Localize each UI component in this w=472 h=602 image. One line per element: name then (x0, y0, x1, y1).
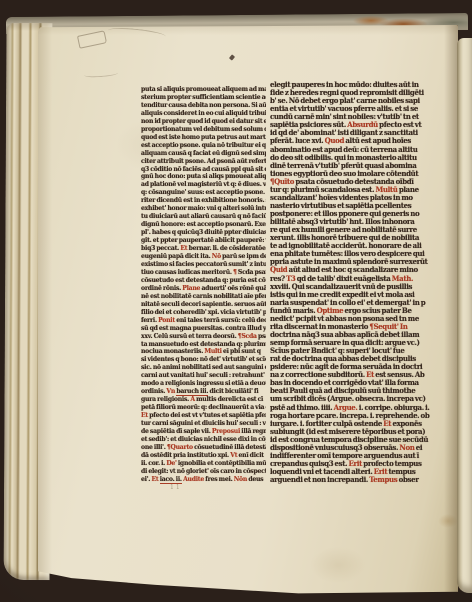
text-line: nē est nobilitatē carnis nobilitati aīe … (141, 293, 266, 301)
text-line: crepandus quisq3 est. Erit profecto temp… (270, 460, 457, 468)
text-line: tur carni sāguini et diuiciis hui' secul… (141, 420, 266, 428)
text-line: ferri. Ponit enī tales terrā sursū: celū… (141, 317, 266, 325)
text-line: biq3 peccat. Et bernar. li. de cōsiderat… (141, 245, 266, 253)
text-line: carni aut vanitati hui' seculi : retrahu… (141, 372, 266, 380)
text-line: existimo si facies peccatorū sumit' z in… (141, 261, 266, 269)
text-line: ordinē rōnis. Plane aduerti' oēs rōnē qu… (141, 285, 266, 293)
text-line: dignū honore: est acceptio psonarū. Exem (141, 221, 266, 229)
text-column-left: puta si aliquis promoueat aliquem ad mag… (141, 86, 266, 486)
text-line: pstē ad thimo. iiii. Argue. i. corripe. … (270, 404, 457, 412)
manuscript-page: puta si aliquis promoueat aliquem ad mag… (38, 25, 458, 594)
text-line: pl'. habes q quicūq3 diuitē ppter diuici… (141, 229, 266, 237)
next-page-fore-edge (457, 38, 472, 593)
pencil-scribble (84, 70, 118, 78)
text-line: Scīus pater Bndict' q: superi' locut' fu… (270, 347, 457, 355)
text-line: fundū maris. Optime ergo scīus pater Be (270, 307, 457, 315)
gutter-shadow (444, 25, 458, 594)
text-line: nasterio virtutibus et sapiētia pcellent… (270, 202, 457, 210)
text-line: dā ostēdit pria institutio xpi. Vt enī d… (141, 452, 266, 460)
text-line: aliquis consideret in eo cui aliquid tri… (141, 110, 266, 118)
text-line: ena phitate tumētes: illos vero despicer… (270, 250, 457, 258)
text-line: proportionatum vel debitum sed solum qd (141, 126, 266, 134)
text-line: beati Pauli quā ad discipulū suū thimoth… (270, 387, 457, 395)
text-line: puta si aliquis promoueat aliquem ad mag… (141, 86, 266, 94)
text-line: eugeniū papā dicit ita. Nō parū se ipm d… (141, 253, 266, 261)
photo-background: puta si aliquis promoueat aliquem ad mag… (0, 0, 472, 602)
text-line: xxv. Celū sursū et terra deorsū. ¶Scda p… (141, 333, 266, 341)
text-line: abominatio est apud deū: cū terrena alti… (270, 146, 457, 154)
text-line: tiuo causas iudicas meritorū. ¶ Scda psa… (141, 269, 266, 277)
text-line: entia et virtutib' vacuos pferre aliis. … (270, 105, 457, 113)
text-line: est acceptio psone. quia nō tribuitur ei… (141, 142, 266, 150)
text-line: doctrina nāq3 sua abbas aplīcā debet ill… (270, 331, 457, 339)
text-line: bas in docendo et corrigēdo vtat' illa f… (270, 379, 457, 387)
text-line: roga hortare pcare. increpa. i. reprehen… (270, 412, 457, 420)
text-line: id est congrua tempora discipline sue se… (270, 436, 457, 444)
text-line: git. et ppter paupertatē abiicit pauperē… (141, 237, 266, 245)
text-line: ei'. Et iaco. ii. Audite fres mei. Nōn d… (141, 476, 266, 484)
text-line: nitatē seculi decori sapientie. seruos a… (141, 301, 266, 309)
text-line: q: cōsanguine' suus: est acceptio psone.… (141, 189, 266, 197)
text-line: psidere: nūc agit de forma seruāda in do… (270, 363, 457, 371)
text-line: b' se. Nō debet ergo plat' carne nobiles… (270, 97, 457, 105)
pencil-scribble (108, 26, 167, 41)
text-line: istis qui in me credit expedit ei vt mol… (270, 291, 457, 299)
text-line: de sapiētia dī saple vii. Preposui illā … (141, 428, 266, 436)
text-line: subiungit (id est miserere tēporibus et … (270, 428, 457, 436)
text-line: naria suspendat' in collo ei' et demerga… (270, 299, 457, 307)
text-line: Et pfecto dei est vt v'tutes et sapiētia… (141, 412, 266, 420)
text-line: tiones egyptiorū deo suo imolare cōtendū… (270, 170, 457, 178)
text-line: dispositionē vniuscuiusq3 obseruās. Non … (270, 444, 457, 452)
text-line: xerunt. illis honorē tribuere qui de nob… (270, 234, 457, 242)
text-line: di elegit: vt nō gloriet' oīs caro in cō… (141, 468, 266, 476)
text-line: ii. cor. i. De' ignobilia et contēptibil… (141, 460, 266, 468)
text-line: te ad ignobilitatē acciderūt. honorare d… (270, 242, 457, 250)
text-line: si videntes q bono: nō det' virtutib' et… (141, 356, 266, 364)
text-line: ppria astute in maximū splendorē surrexe… (270, 258, 457, 266)
text-line: arguendi et non increpandi. Tempus obser (270, 476, 457, 484)
text-line: tenditur causa debita non persona. Si aū… (141, 102, 266, 110)
text-line: modo a religionis ingressu si etiā a deu… (141, 380, 266, 388)
text-line: non id propter quod id quod ei datur sit… (141, 118, 266, 126)
text-line: indifferenter omī tempore arguendus aut … (270, 452, 457, 460)
text-line: dinē terrenā v'tutib' pferūt quasi abomi… (270, 162, 457, 170)
text-line: ordinis. Vn baruch iii. dicit bicuilāti'… (141, 388, 266, 396)
text-line: one illi'. ¶Quarto cōsuetudinē illā dete… (141, 444, 266, 452)
text-line: et sedib': et diuicias nichil esse dixi … (141, 436, 266, 444)
pencil-scribble (77, 30, 107, 49)
text-line: sic. nō animi nobilitati sed aut sanguin… (141, 364, 266, 372)
text-line: semp formā seruare in qua dicit: argue v… (270, 339, 457, 347)
text-line: nedict' pcipit vt abbas non psona sed tn… (270, 315, 457, 323)
text-line: loquendi vni et tacendi alteri. Erit tem… (270, 468, 457, 476)
text-line: ad plationē vel magisteriū vt q: ē diues… (141, 181, 266, 189)
text-line: gura religionis. A multis derelicta est … (141, 396, 266, 404)
text-line: cundū carnē min' sint nobiles: v'tutib' … (270, 113, 457, 121)
text-line: id qd de' abominat' isti diligant z sanc… (270, 129, 457, 137)
text-line: do deo sit odibilis. qui in monasterio a… (270, 154, 457, 162)
text-line: citer attribuit psone. Ad psonā aūt refe… (141, 158, 266, 166)
text-line: postponere: et illos pponere qui generis… (270, 210, 457, 218)
text-line: xxviii. Qui scandalizauerit vnū de pusil… (270, 283, 457, 291)
text-line: Quid aūt aliud est hoc q scandalizare mi… (270, 266, 457, 274)
text-line: quod est iste homo puta petrus aut marti… (141, 134, 266, 142)
text-line: bilitatē absq3 virtutib' hnt. Illos inho… (270, 218, 457, 226)
text-line: cōsuetudo est detestanda q: puria est cō… (141, 277, 266, 285)
text-line: nociua monasteriis. Multi eī pbi sunt q (141, 348, 266, 356)
text-line: fide z heredes regni quod repromisit dil… (270, 89, 457, 97)
text-line: elegit pauperes in hoc mūdo: diuites aūt… (270, 81, 457, 89)
text-line: re qui ex humili genere ad nobilitatē su… (270, 226, 457, 234)
text-line: scandalizant' hoīes videntes platos in m… (270, 194, 457, 202)
text-line: tur q: plurimū scandalosa est. Multū pla… (270, 186, 457, 194)
text-line: pferāt. luce xvi. Quod altū est apud hoī… (270, 137, 457, 145)
text-column-right: elegit pauperes in hoc mūdo: diuites aūt… (270, 81, 457, 484)
text-line: sterium propter sufficientiam scientie a… (141, 94, 266, 102)
pencil-mark: 11 (170, 484, 182, 491)
text-line: iurgare. i. fortiter culpā ostende Et ex… (270, 420, 457, 428)
text-line: um scribit dicēs (Argue. obsecra. increp… (270, 395, 457, 403)
text-line: na z correctione subditorū. Et est sensu… (270, 371, 457, 379)
text-line: rat de doctrina qua abbas debet discipul… (270, 355, 457, 363)
text-line: petā filiorū meorū: q: declinauerūt a vi… (141, 404, 266, 412)
text-line: filio dei et coheredib' xpi. vicia virtu… (141, 309, 266, 317)
text-line: res? T3 qd de talib' dixit euāgelista Ma… (270, 275, 457, 283)
text-line: q3 cōditio nō faciēs ad causā ppl quā si… (141, 166, 266, 174)
text-line: exhibet' honor maio: vni q alteri solū i… (141, 205, 266, 213)
ink-spot (229, 54, 235, 60)
text-line: ta mansuetudo est detestanda q: plurimū (141, 341, 266, 349)
text-line: riter dicendū est in exhibitione honoris… (141, 197, 266, 205)
text-line: ¶Quīto psata cōsuetudo detestanda oībdī (270, 178, 457, 186)
text-line: sū qd est magna puersitas. contra illud … (141, 325, 266, 333)
text-line: rita discernat in monasterio ¶Sequit' In (270, 323, 457, 331)
text-line: gnū hoc dono: puta si aliqs pmoueat aliq… (141, 173, 266, 181)
text-line: tu diuiciarū aut aliarū causarū q nō fac… (141, 213, 266, 221)
text-line: sapiētia psiciores sūt. Absurdū pfecto e… (270, 121, 457, 129)
text-line: aliquam causā q faciat eū dignū sed simp… (141, 150, 266, 158)
